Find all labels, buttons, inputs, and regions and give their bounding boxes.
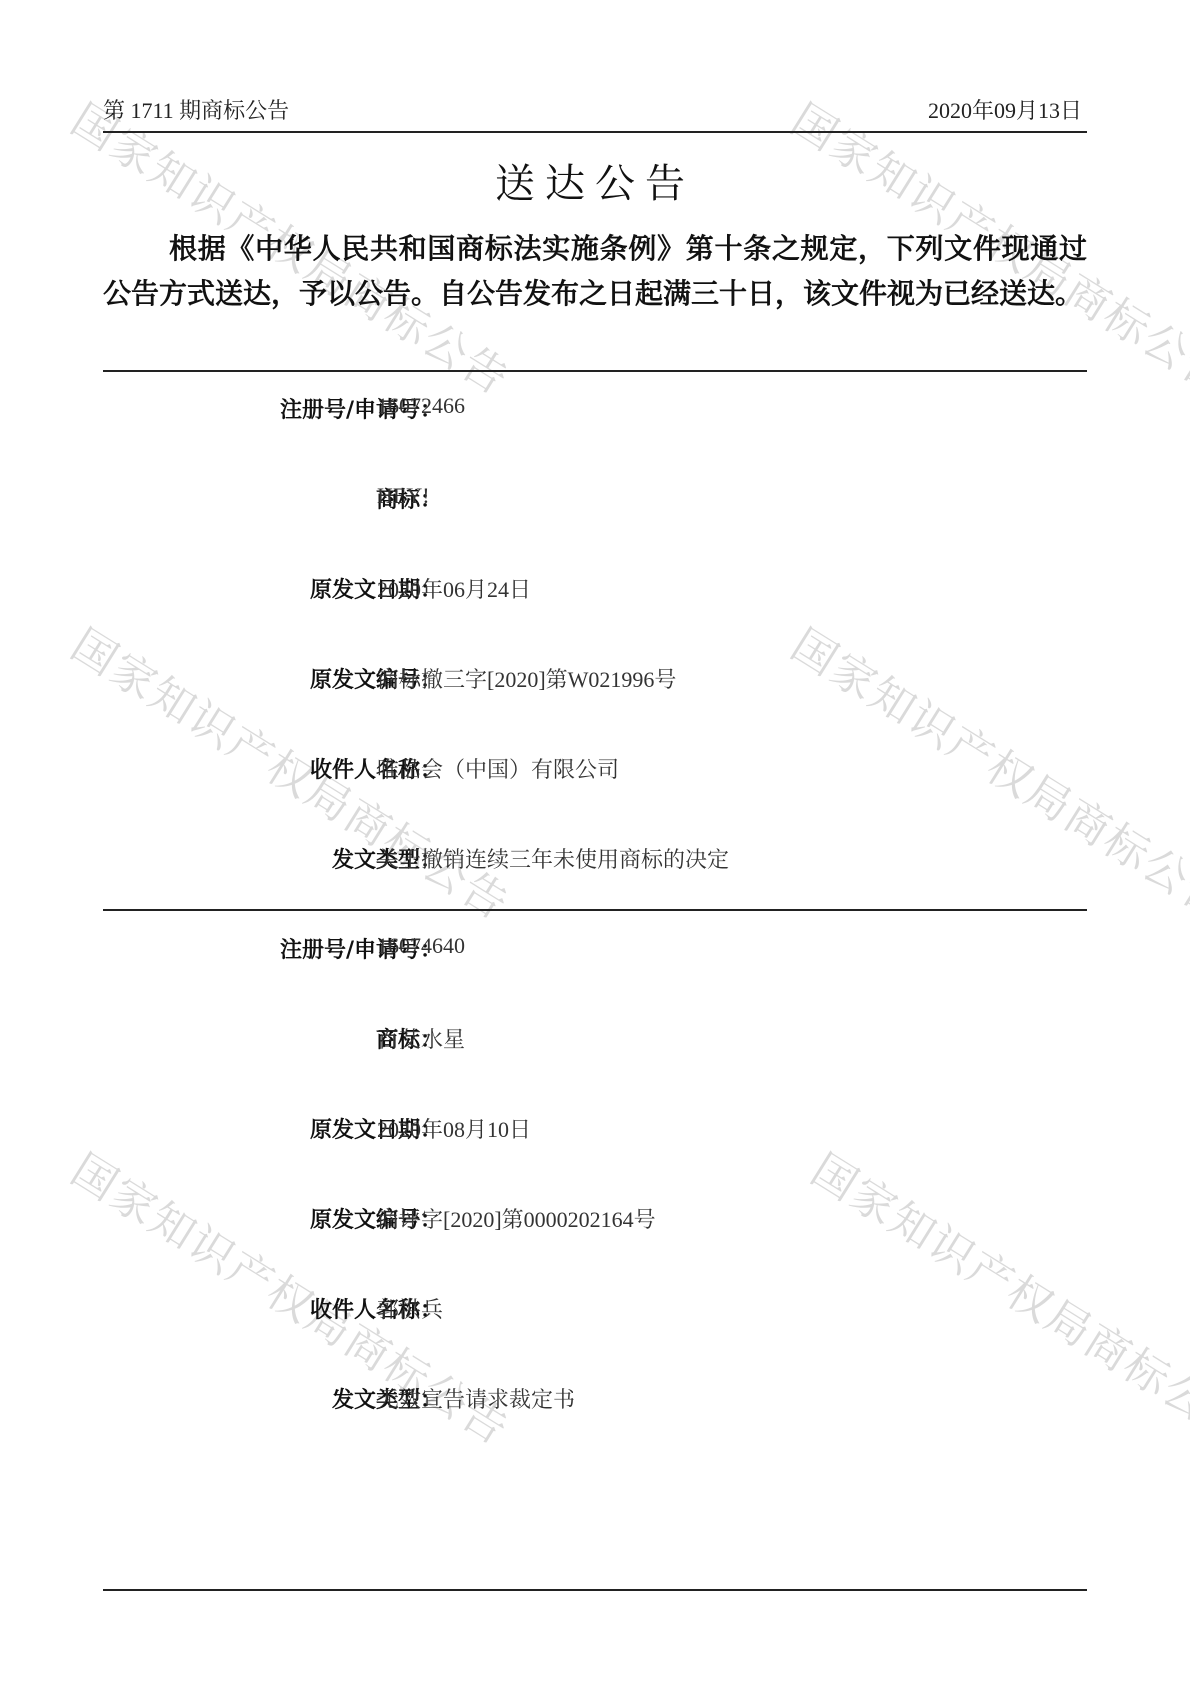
field-value: 2020年08月10日 xyxy=(377,1113,531,1144)
field-orig-date: 原发文日期： 2020年06月24日 xyxy=(103,573,1087,613)
document-page: 国家知识产权局商标公告 国家知识产权局商标公告 国家知识产权局商标公告 国家知识… xyxy=(0,0,1190,1684)
publication-date: 2020年09月13日 xyxy=(928,94,1082,125)
field-reg-no: 注册号/申请号： 16072466 xyxy=(103,393,1087,433)
field-value: 唯品会（中国）有限公司 xyxy=(377,753,619,784)
field-reg-no: 注册号/申请号： 16074640 xyxy=(103,933,1087,973)
field-value: HEY! xyxy=(377,483,430,509)
field-recipient: 收件人名称： 郭洪兵 xyxy=(103,1293,1087,1333)
field-value: 百艾水星 xyxy=(377,1023,465,1054)
field-value: 16074640 xyxy=(377,933,465,959)
field-value: 无效宣告请求裁定书 xyxy=(377,1383,575,1414)
field-mark: 商标： HEY! xyxy=(103,483,1087,523)
header-rule xyxy=(103,131,1087,133)
field-orig-date: 原发文日期： 2020年08月10日 xyxy=(103,1113,1087,1153)
field-doc-type: 发文类型： 关于撤销连续三年未使用商标的决定 xyxy=(103,843,1087,883)
field-orig-no: 原发文编号： 商标撤三字[2020]第W021996号 xyxy=(103,663,1087,703)
field-orig-no: 原发文编号： 商评字[2020]第0000202164号 xyxy=(103,1203,1087,1243)
field-recipient: 收件人名称： 唯品会（中国）有限公司 xyxy=(103,753,1087,793)
field-value: 商评字[2020]第0000202164号 xyxy=(377,1203,656,1234)
field-doc-type: 发文类型： 无效宣告请求裁定书 xyxy=(103,1383,1087,1423)
divider xyxy=(103,909,1087,911)
intro-paragraph: 根据《中华人民共和国商标法实施条例》第十条之规定，下列文件现通过公告方式送达，予… xyxy=(103,226,1087,316)
footer-rule xyxy=(103,1589,1087,1591)
issue-number: 第 1711 期商标公告 xyxy=(103,94,289,125)
field-value: 16072466 xyxy=(377,393,465,419)
field-value: 商标撤三字[2020]第W021996号 xyxy=(377,663,676,694)
field-mark: 商标： 百艾水星 xyxy=(103,1023,1087,1063)
field-value: 2020年06月24日 xyxy=(377,573,531,604)
field-value: 郭洪兵 xyxy=(377,1293,443,1324)
divider xyxy=(103,370,1087,372)
page-title: 送达公告 xyxy=(0,152,1190,209)
field-value: 关于撤销连续三年未使用商标的决定 xyxy=(377,843,729,874)
